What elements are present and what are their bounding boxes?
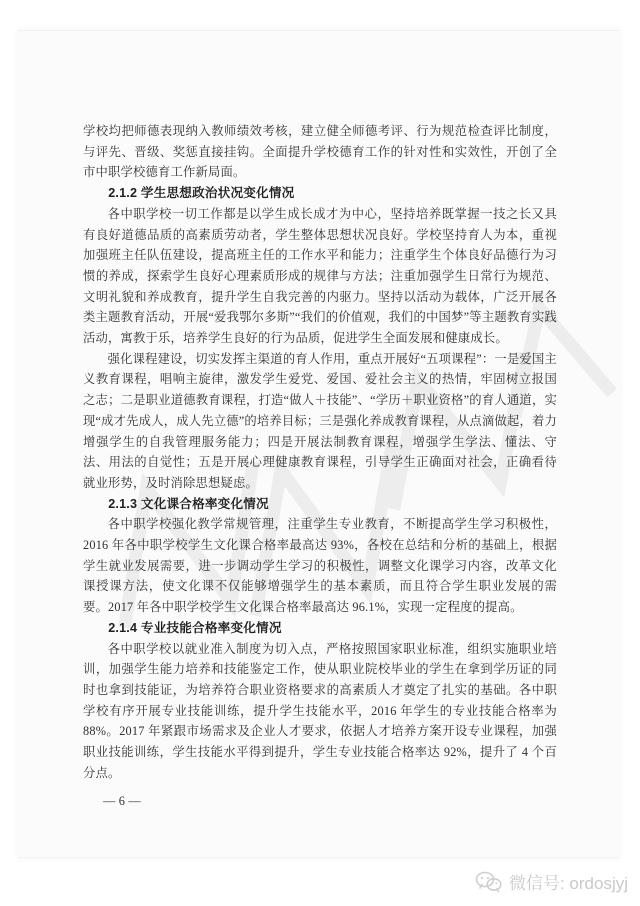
paragraph: 各中职学校以就业准入制度为切入点，严格按照国家职业标准，组织实施职业培训，加强学… — [83, 639, 557, 784]
document-content: 学校均把师德表现纳入教师绩效考核，建立健全师德考评、行为规范检查评比制度，与评先… — [18, 31, 620, 811]
document-page: 学校均把师德表现纳入教师绩效考核，建立健全师德考评、行为规范检查评比制度，与评先… — [18, 30, 620, 858]
paragraph: 各中职学校一切工作都是以学生成长成才为中心，坚持培养既掌握一技之长又具有良好道德… — [83, 204, 557, 349]
wechat-icon — [475, 871, 502, 893]
section-heading-2-1-3: 2.1.3 文化课合格率变化情况 — [83, 494, 557, 515]
paragraph: 强化课程建设，切实发挥主渠道的育人作用，重点开展好“五项课程”：一是爱国主义教育… — [83, 349, 557, 494]
paragraph-continuation: 学校均把师德表现纳入教师绩效考核，建立健全师德考评、行为规范检查评比制度，与评先… — [83, 121, 557, 183]
wechat-footer: 微信号: ordosjyj — [475, 869, 628, 894]
wechat-id-label: 微信号: ordosjyj — [509, 869, 628, 894]
paragraph: 各中职学校强化教学常规管理，注重学生专业教育，不断提高学生学习积极性，2016 … — [83, 514, 557, 618]
screenshot-stage: 学校均把师德表现纳入教师绩效考核，建立健全师德考评、行为规范检查评比制度，与评先… — [0, 0, 640, 906]
page-number: — 6 — — [83, 791, 557, 812]
section-heading-2-1-2: 2.1.2 学生思想政治状况变化情况 — [83, 183, 557, 204]
section-heading-2-1-4: 2.1.4 专业技能合格率变化情况 — [83, 618, 557, 639]
